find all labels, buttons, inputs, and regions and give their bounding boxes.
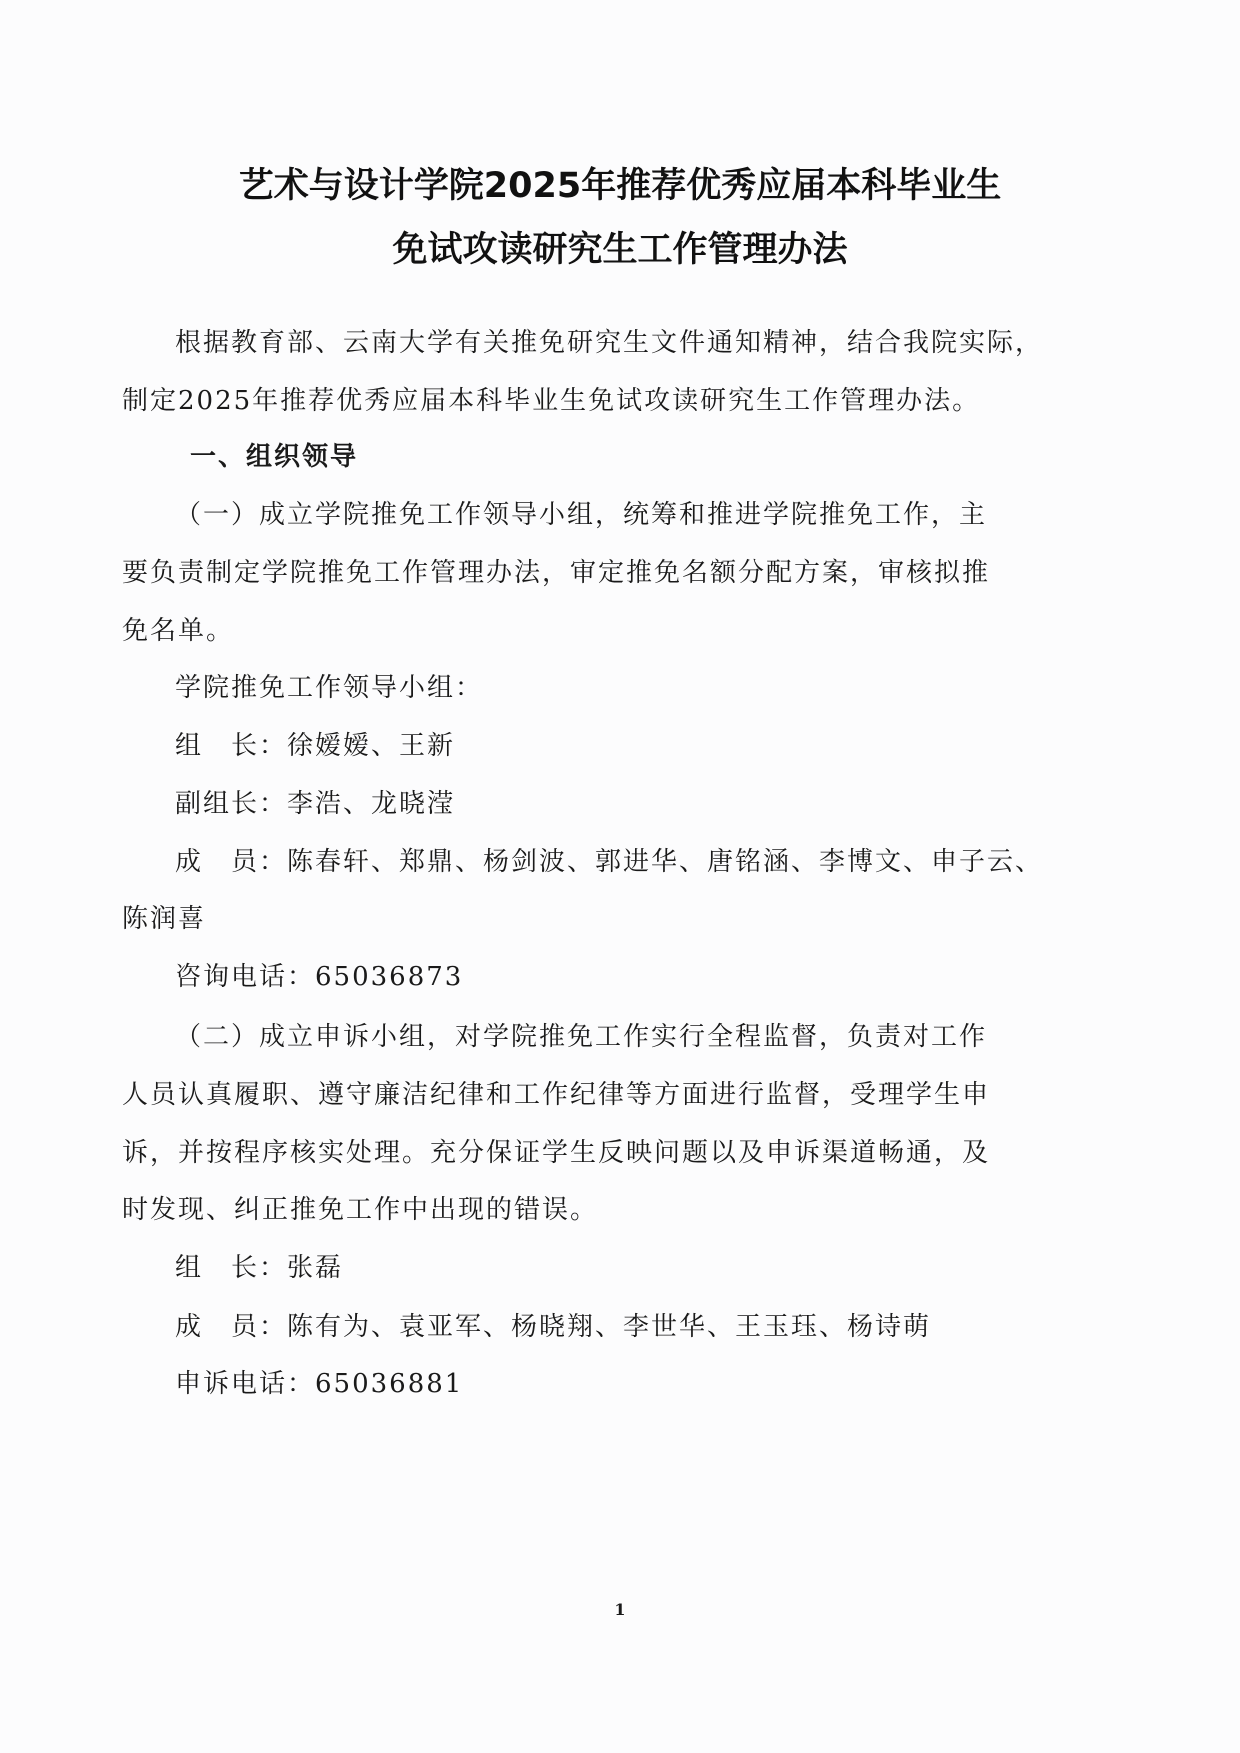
consultation-phone: 咨询电话：65036873 bbox=[175, 956, 463, 993]
section-heading-organization: 一、组织领导 bbox=[190, 436, 358, 473]
appeal-phone: 申诉电话：65036881 bbox=[175, 1363, 463, 1400]
document-page: 艺术与设计学院2025年推荐优秀应届本科毕业生 免试攻读研究生工作管理办法 根据… bbox=[0, 0, 1240, 1753]
part2-line-2: 人员认真履职、遵守廉洁纪律和工作纪律等方面进行监督，受理学生申 bbox=[122, 1074, 990, 1111]
leading-group-members-line-2: 陈润喜 bbox=[122, 898, 206, 935]
part2-line-3: 诉，并按程序核实处理。充分保证学生反映问题以及申诉渠道畅通，及 bbox=[122, 1132, 990, 1169]
part1-line-2: 要负责制定学院推免工作管理办法，审定推免名额分配方案，审核拟推 bbox=[122, 552, 990, 589]
appeal-group-members: 成 员：陈有为、袁亚军、杨晓翔、李世华、王玉珏、杨诗萌 bbox=[175, 1306, 931, 1343]
part2-line-4: 时发现、纠正推免工作中出现的错误。 bbox=[122, 1189, 598, 1226]
leading-group-deputy: 副组长：李浩、龙晓滢 bbox=[175, 783, 455, 820]
leading-group-label: 学院推免工作领导小组： bbox=[175, 667, 483, 704]
part1-line-3: 免名单。 bbox=[122, 610, 234, 647]
intro-line-1: 根据教育部、云南大学有关推免研究生文件通知精神，结合我院实际， bbox=[175, 322, 1043, 359]
document-title-line-2: 免试攻读研究生工作管理办法 bbox=[0, 222, 1240, 272]
part1-line-1: （一）成立学院推免工作领导小组，统筹和推进学院推免工作，主 bbox=[175, 494, 987, 531]
part2-line-1: （二）成立申诉小组，对学院推免工作实行全程监督，负责对工作 bbox=[175, 1016, 987, 1053]
appeal-group-leader: 组 长：张磊 bbox=[175, 1247, 343, 1284]
intro-line-2: 制定2025年推荐优秀应届本科毕业生免试攻读研究生工作管理办法。 bbox=[122, 380, 980, 417]
leading-group-leader: 组 长：徐嫒嫒、王新 bbox=[175, 725, 455, 762]
page-number: 1 bbox=[0, 1600, 1240, 1619]
leading-group-members-line-1: 成 员：陈春轩、郑鼎、杨剑波、郭进华、唐铭涵、李博文、申子云、 bbox=[175, 841, 1043, 878]
document-title-line-1: 艺术与设计学院2025年推荐优秀应届本科毕业生 bbox=[0, 158, 1240, 208]
